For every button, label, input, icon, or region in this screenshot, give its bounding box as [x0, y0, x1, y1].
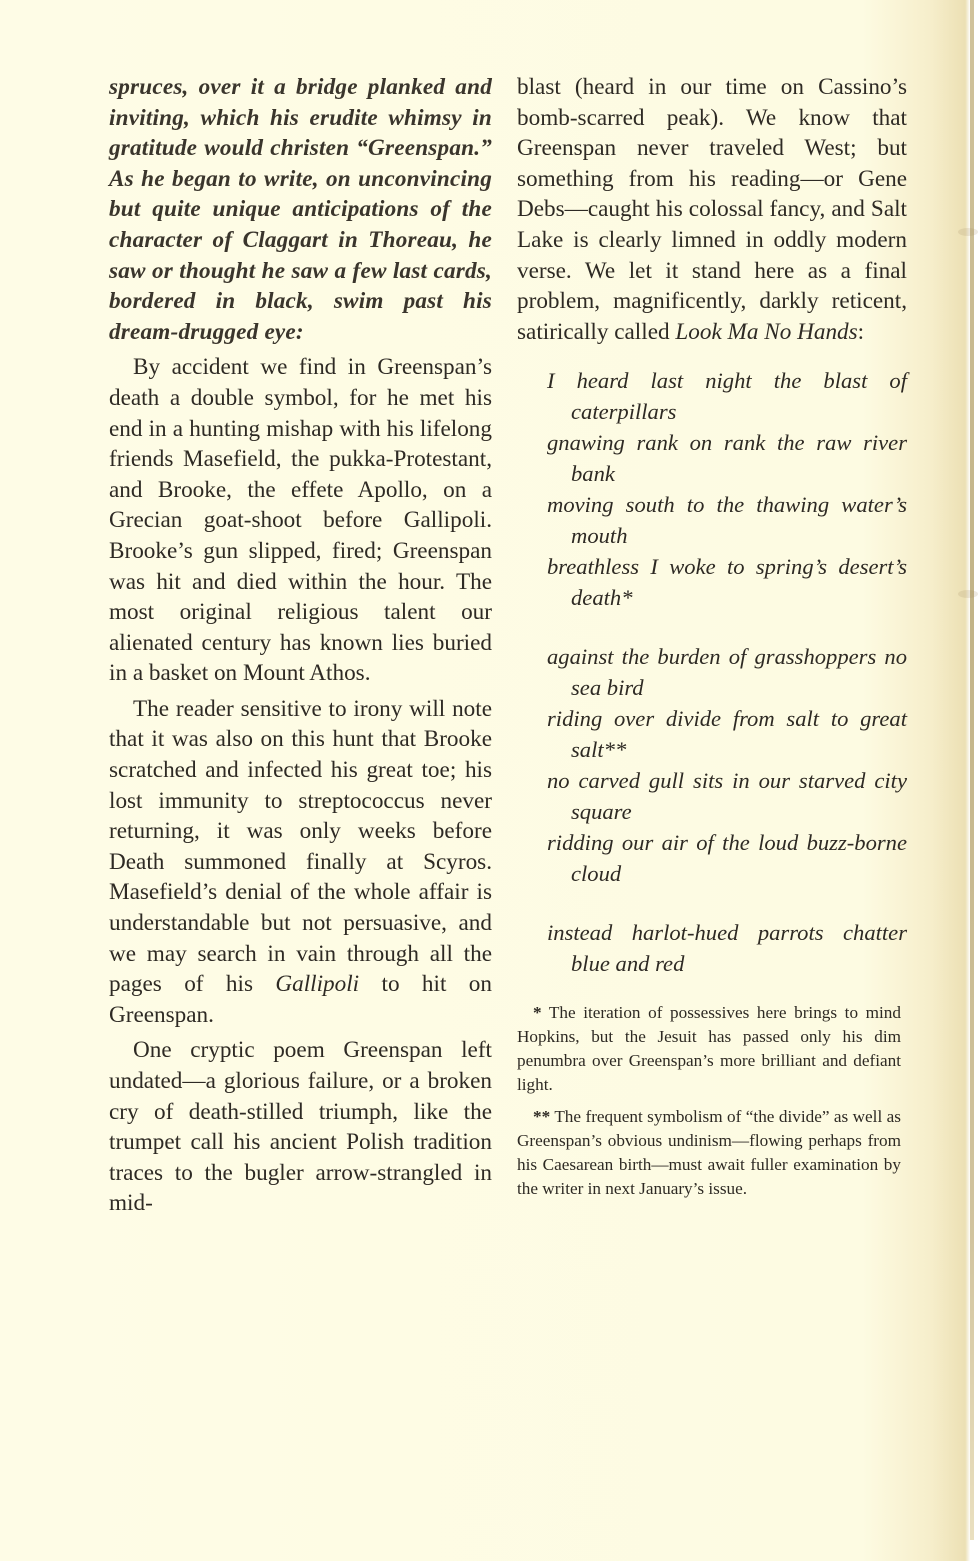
scan-smudge [958, 228, 978, 236]
footnote-marker: * [533, 1003, 542, 1022]
poem-line: gnawing rank on rank the raw river bank [547, 427, 907, 489]
continuation-colon: : [858, 319, 864, 345]
footnote-text: The iteration of possessives here brings… [517, 1003, 901, 1094]
poem-stanza-3: instead harlot-hued parrots chatter blue… [547, 917, 907, 979]
poem-line: riding over divide from salt to great sa… [547, 703, 907, 765]
left-column: spruces, over it a bridge planked and in… [109, 72, 492, 1219]
poem-line: no carved gull sits in our starved city … [547, 765, 907, 827]
poem-line: against the burden of grasshoppers no se… [547, 641, 907, 703]
book-title-gallipoli: Gallipoli [275, 971, 359, 997]
paragraph-irony: The reader sensitive to irony will note … [109, 694, 492, 1031]
poem-line: moving south to the thawing water’s mout… [547, 489, 907, 551]
opening-italic-paragraph: spruces, over it a bridge planked and in… [109, 72, 492, 347]
footnote-marker: ** [533, 1107, 550, 1126]
scan-smudge [958, 590, 978, 598]
right-column: blast (heard in our time on Cassino’s bo… [517, 72, 907, 1209]
poem-stanza-1: I heard last night the blast of caterpil… [547, 365, 907, 613]
continuation-text: blast (heard in our time on Cassino’s bo… [517, 74, 907, 345]
poem-look-ma-no-hands: I heard last night the blast of caterpil… [547, 365, 907, 979]
paragraph-death-symbol: By accident we find in Greenspan’s death… [109, 352, 492, 689]
footnote-2: ** The frequent symbolism of “the divide… [517, 1105, 901, 1201]
poem-line: ridding our air of the loud buzz-borne c… [547, 827, 907, 889]
poem-line: breathless I woke to spring’s desert’s d… [547, 551, 907, 613]
paragraph-irony-text: The reader sensitive to irony will note … [109, 696, 492, 997]
footnotes: * The iteration of possessives here brin… [517, 1001, 907, 1201]
footnote-1: * The iteration of possessives here brin… [517, 1001, 901, 1097]
scanned-page: spruces, over it a bridge planked and in… [0, 0, 980, 1561]
poem-title: Look Ma No Hands [675, 319, 857, 345]
paragraph-cryptic-poem: One cryptic poem Greenspan left undated—… [109, 1035, 492, 1219]
footnote-text: The frequent symbolism of “the divide” a… [517, 1107, 901, 1198]
poem-line: I heard last night the blast of caterpil… [547, 365, 907, 427]
poem-stanza-2: against the burden of grasshoppers no se… [547, 641, 907, 889]
paragraph-continuation: blast (heard in our time on Cassino’s bo… [517, 72, 907, 347]
poem-line: instead harlot-hued parrots chatter blue… [547, 917, 907, 979]
